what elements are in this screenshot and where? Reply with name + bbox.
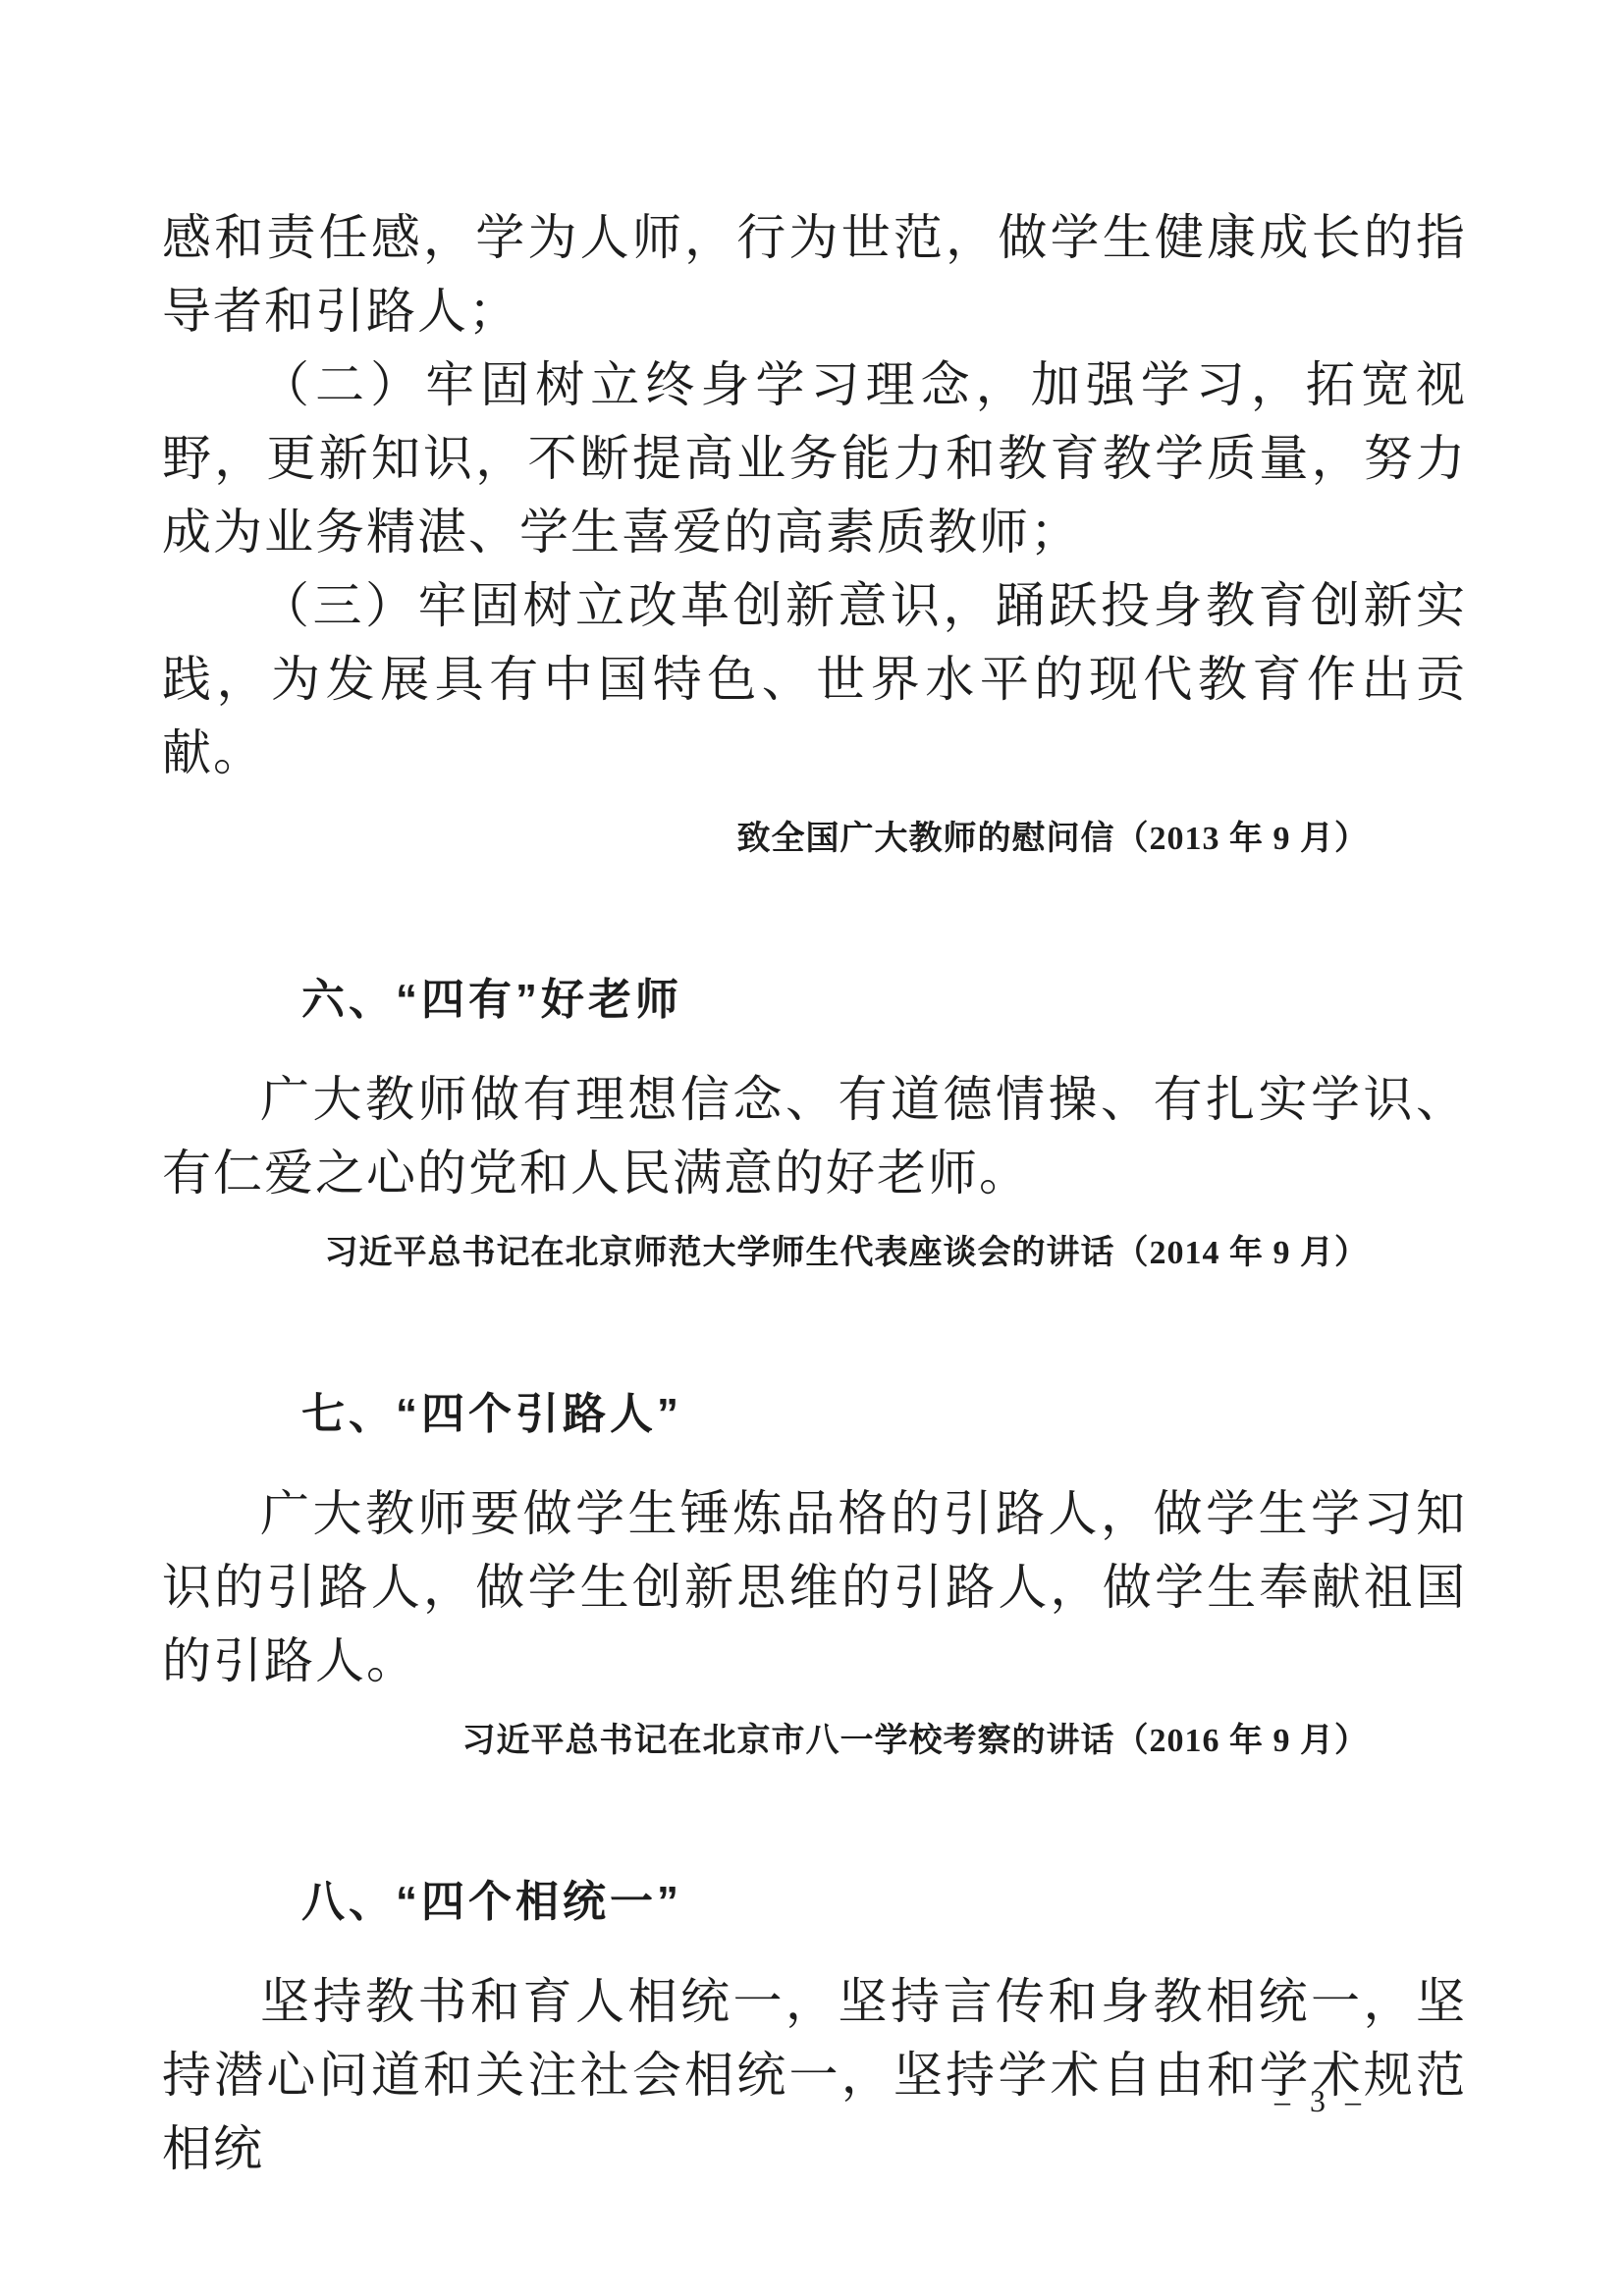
section-heading-eight: 八、“四个相统一” <box>301 1871 1467 1934</box>
citation-2014-speech: 习近平总书记在北京师范大学师生代表座谈会的讲话（2014 年 9 月） <box>162 1230 1467 1277</box>
paragraph-continuation: 感和责任感，学为人师，行为世范，做学生健康成长的指导者和引路人； <box>162 201 1467 348</box>
page-number: – 3 – <box>1274 2083 1367 2119</box>
section-heading-seven: 七、“四个引路人” <box>301 1383 1467 1446</box>
paragraph-section-seven: 广大教师要做学生锤炼品格的引路人，做学生学习知识的引路人，做学生创新思维的引路人… <box>162 1477 1467 1698</box>
paragraph-item-two: （二）牢固树立终身学习理念，加强学习，拓宽视野，更新知识，不断提高业务能力和教育… <box>162 348 1467 569</box>
paragraph-section-six: 广大教师做有理想信念、有道德情操、有扎实学识、有仁爱之心的党和人民满意的好老师。 <box>162 1063 1467 1210</box>
paragraph-section-eight: 坚持教书和育人相统一，坚持言传和身教相统一，坚持潜心问道和关注社会相统一，坚持学… <box>162 1965 1467 2186</box>
document-page: 感和责任感，学为人师，行为世范，做学生健康成长的指导者和引路人； （二）牢固树立… <box>0 0 1624 2296</box>
paragraph-item-three: （三）牢固树立改革创新意识，踊跃投身教育创新实践，为发展具有中国特色、世界水平的… <box>162 569 1467 790</box>
citation-2013-letter: 致全国广大教师的慰问信（2013 年 9 月） <box>162 816 1467 863</box>
section-heading-six: 六、“四有”好老师 <box>301 969 1467 1032</box>
citation-2016-speech: 习近平总书记在北京市八一学校考察的讲话（2016 年 9 月） <box>162 1718 1467 1765</box>
